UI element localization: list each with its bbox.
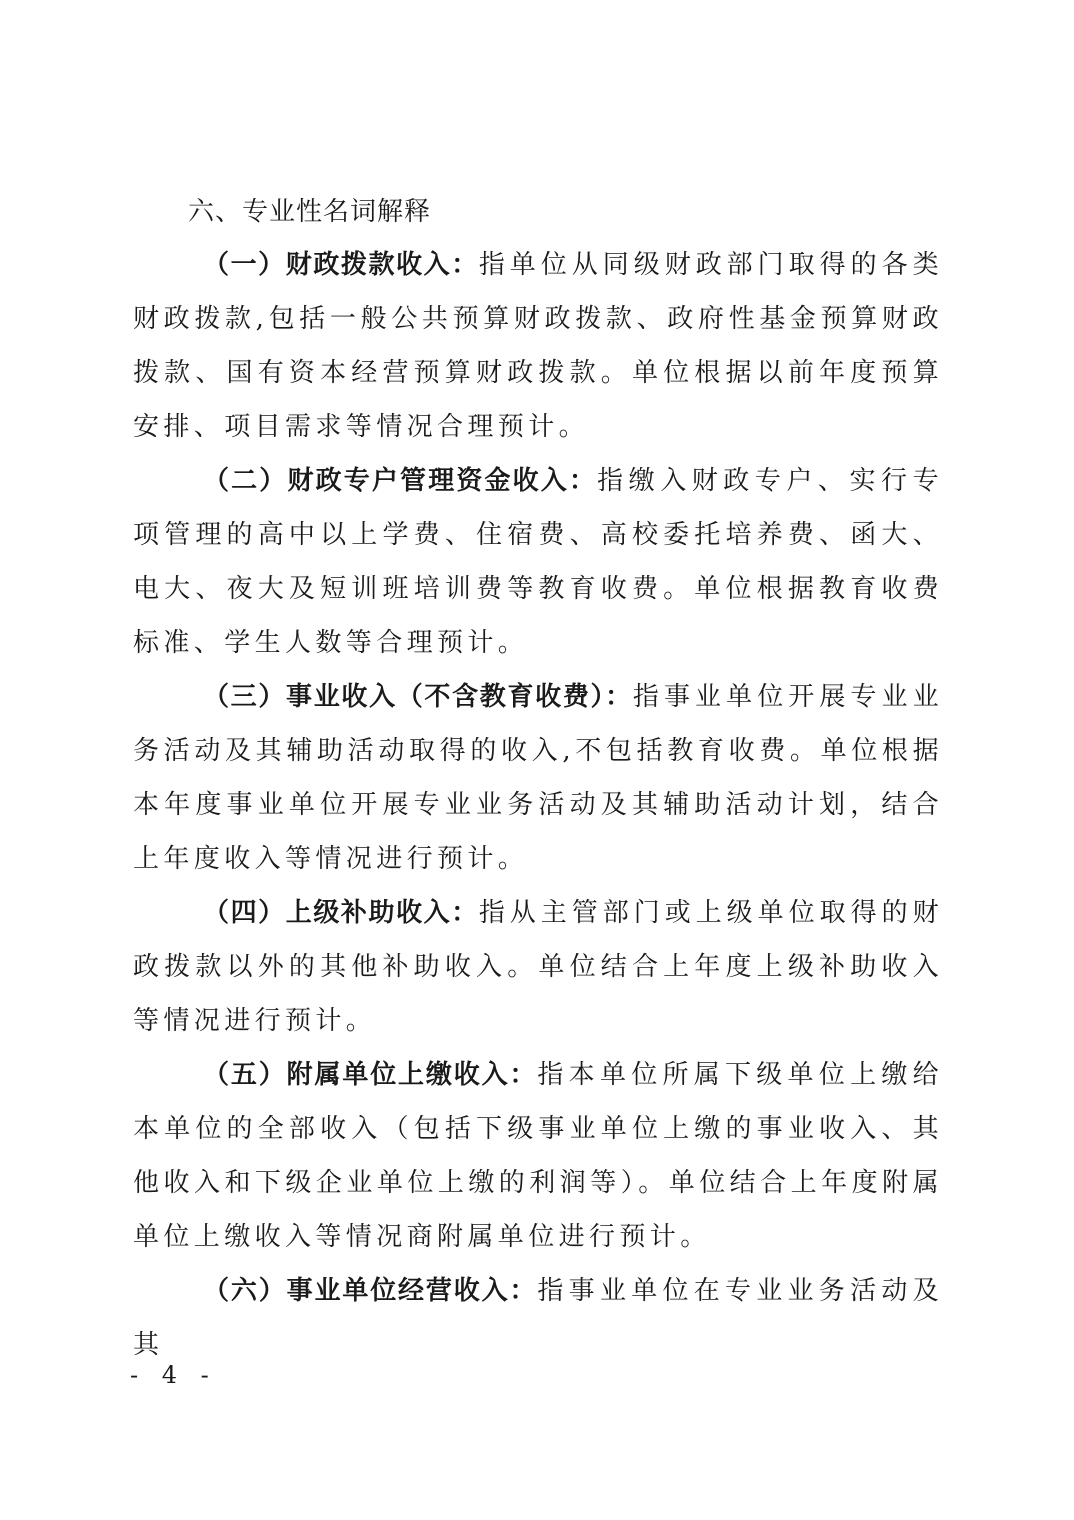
- section-heading: 六、专业性名词解释: [188, 192, 431, 232]
- definition-term: （五）附属单位上缴收入：: [203, 1060, 537, 1090]
- definition-paragraph: （六）事业单位经营收入：指事业单位在专业业务活动及其: [133, 1264, 943, 1372]
- document-page: 六、专业性名词解释 （一）财政拨款收入：指单位从同级财政部门取得的各类财政拨款,…: [0, 0, 1074, 1520]
- definition-term: （二）财政专户管理资金收入：: [203, 466, 597, 496]
- definition-term: （六）事业单位经营收入：: [203, 1276, 537, 1306]
- definition-term: （四）上级补助收入：: [203, 898, 479, 928]
- definition-paragraph: （三）事业收入（不含教育收费）：指事业单位开展专业业务活动及其辅助活动取得的收入…: [133, 670, 943, 886]
- definition-term: （一）财政拨款收入：: [203, 250, 479, 280]
- definition-paragraph: （二）财政专户管理资金收入：指缴入财政专户、实行专项管理的高中以上学费、住宿费、…: [133, 454, 943, 670]
- page-number: - 4 -: [130, 1360, 217, 1390]
- definition-paragraph: （四）上级补助收入：指从主管部门或上级单位取得的财政拨款以外的其他补助收入。单位…: [133, 886, 943, 1048]
- definition-paragraph: （五）附属单位上缴收入：指本单位所属下级单位上缴给本单位的全部收入（包括下级事业…: [133, 1048, 943, 1264]
- definition-paragraph: （一）财政拨款收入：指单位从同级财政部门取得的各类财政拨款,包括一般公共预算财政…: [133, 238, 943, 454]
- definition-term: （三）事业收入（不含教育收费）：: [203, 682, 633, 712]
